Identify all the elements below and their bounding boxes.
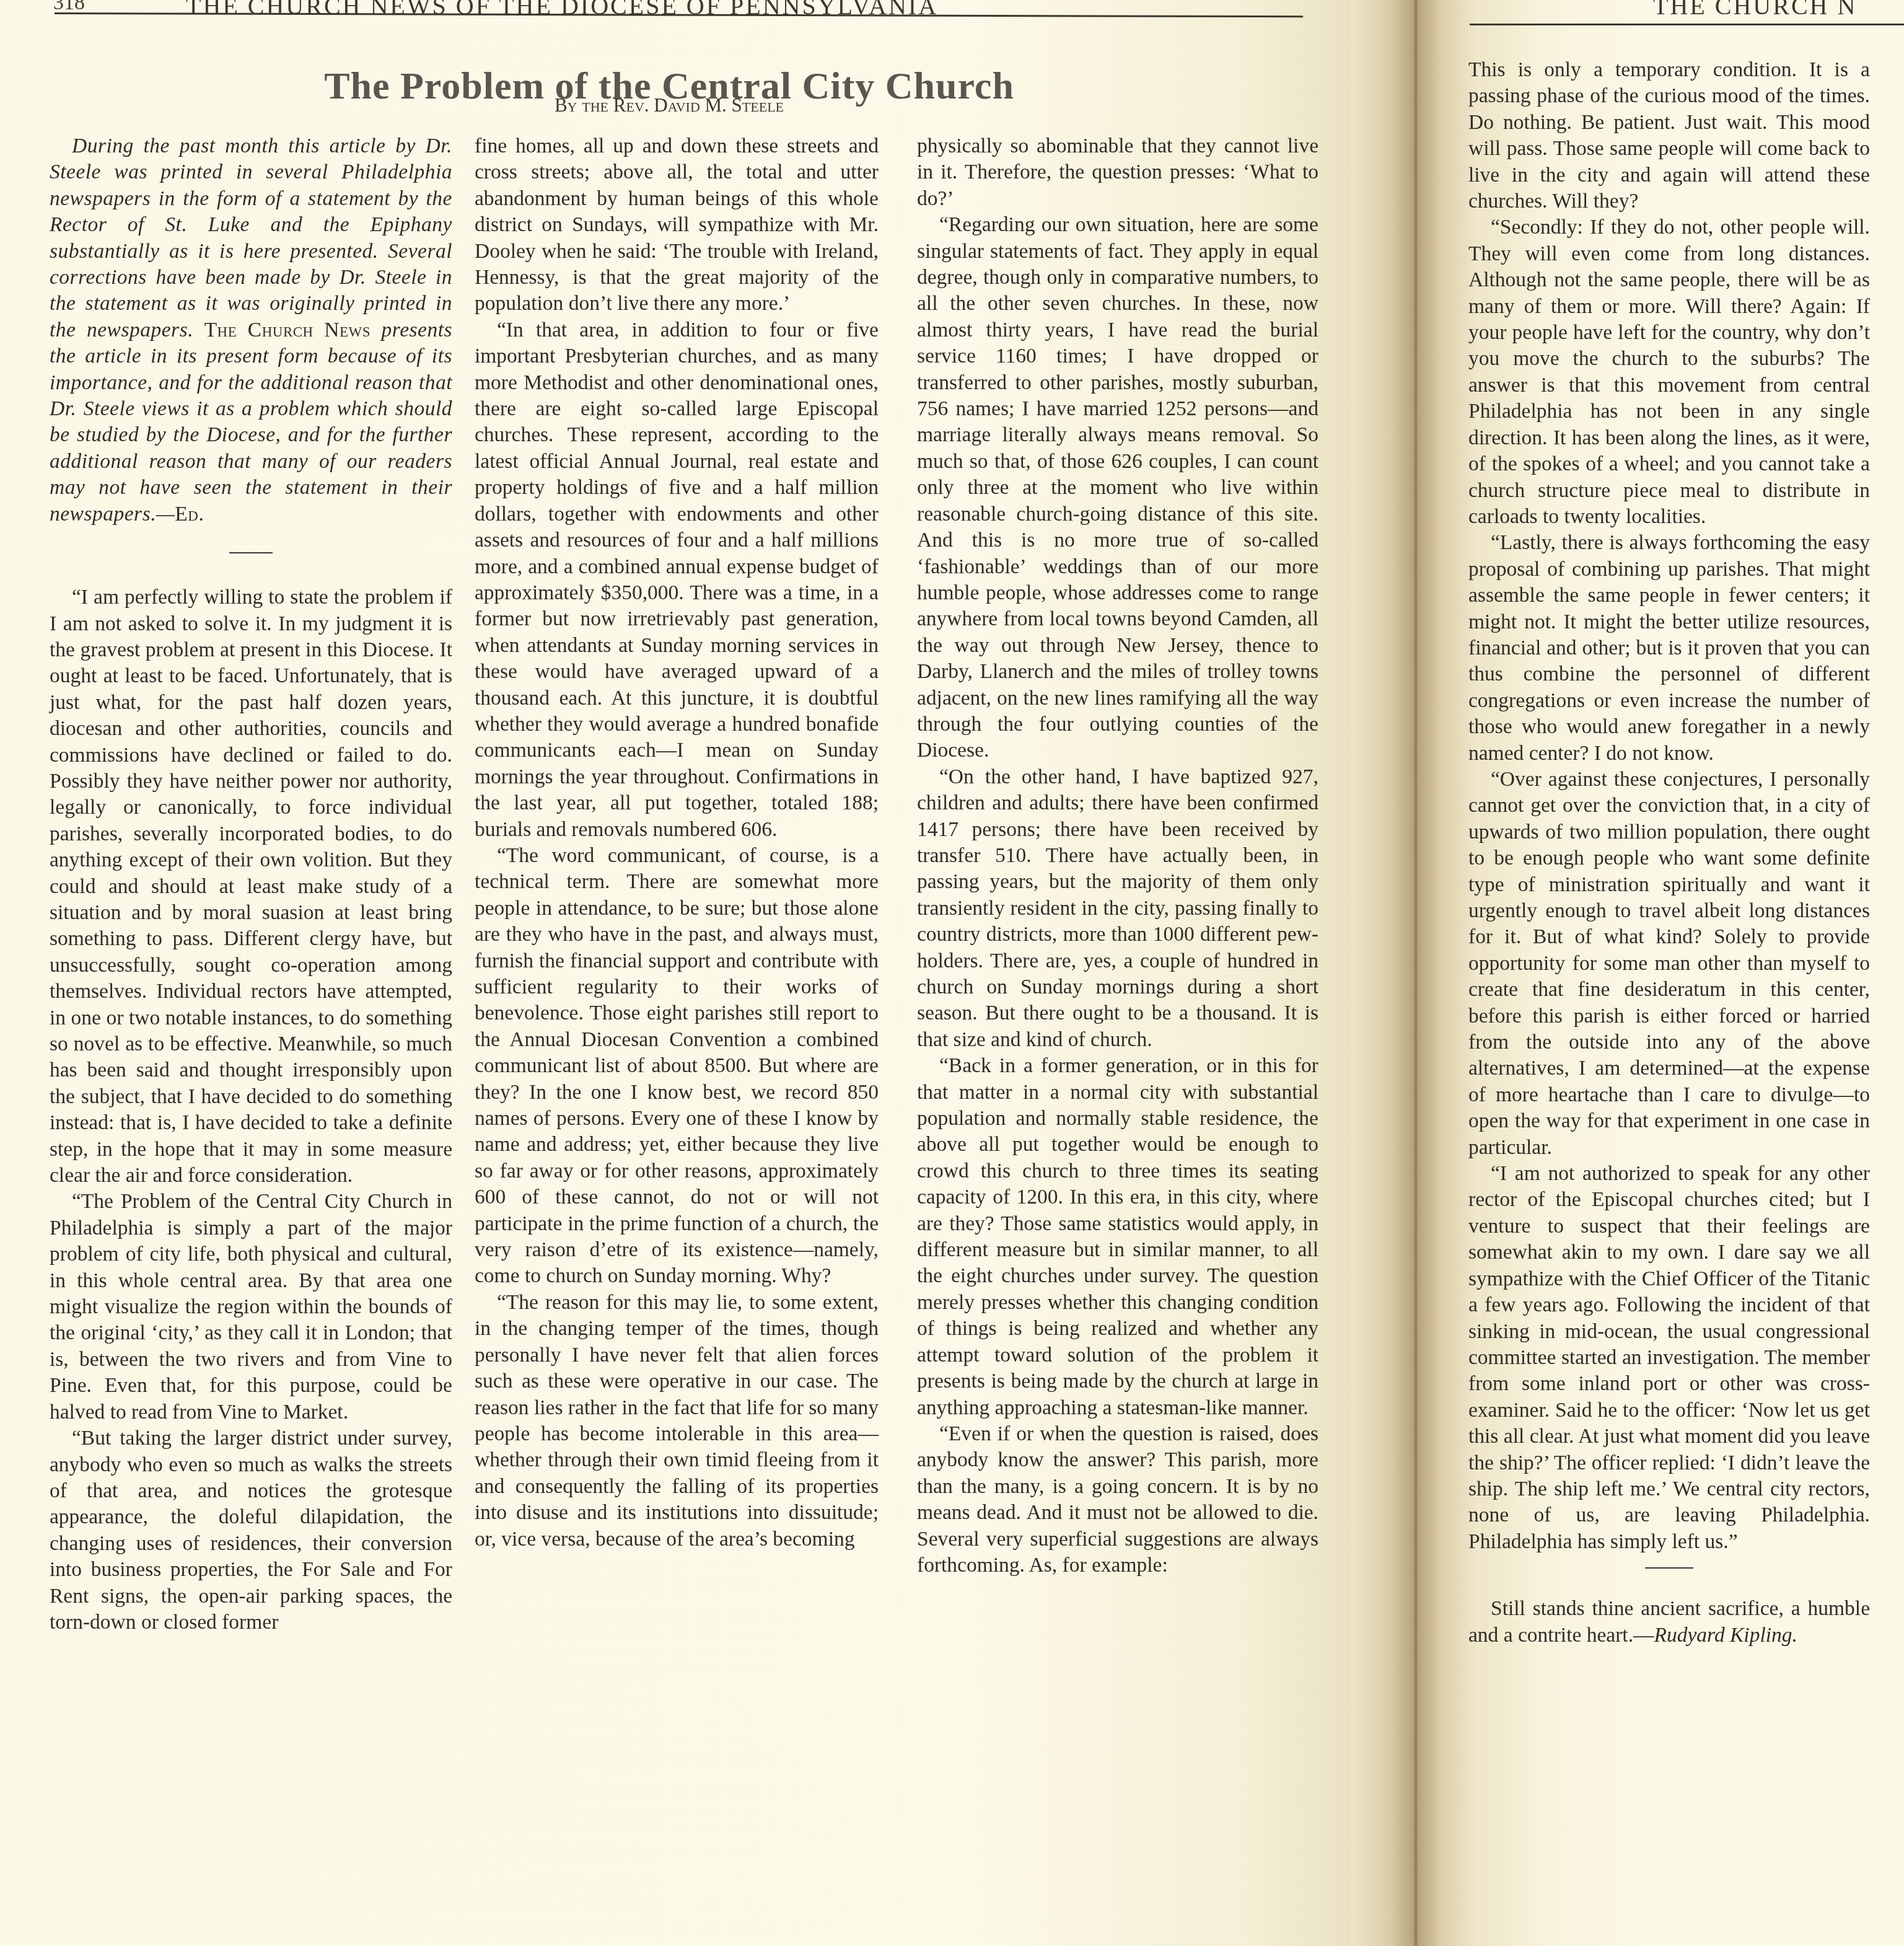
column-3: physically so abominable that they canno… (917, 133, 1318, 1578)
section-divider (1645, 1567, 1693, 1569)
paragraph: fine homes, all up and down these street… (475, 133, 879, 317)
paragraph: “In that area, in addition to four or fi… (475, 317, 879, 843)
column-2: fine homes, all up and down these street… (475, 133, 879, 1552)
masthead-name: The Church News (204, 319, 371, 341)
editor-signature: Ed. (175, 503, 204, 526)
epigraph-attribution: Rudyard Kipling. (1654, 1624, 1797, 1647)
paragraph: “Regarding our own situation, here are s… (917, 212, 1318, 764)
left-page: 318 THE CHURCH NEWS OF THE DIOCESE OF PE… (0, 0, 1388, 1946)
paragraph: “The word communicant, of course, is a t… (475, 843, 879, 1290)
header-rule-right (1470, 24, 1904, 25)
paragraph: “The Problem of the Central City Church … (50, 1189, 452, 1425)
column-4: This is only a temporary condition. It i… (1468, 57, 1870, 1649)
magazine-spread: 318 THE CHURCH NEWS OF THE DIOCESE OF PE… (0, 0, 1904, 1946)
section-divider (229, 552, 273, 553)
paragraph: This is only a temporary condition. It i… (1468, 57, 1870, 214)
paragraph: “Even if or when the question is raised,… (917, 1421, 1318, 1578)
paragraph: “I am perfectly willing to state the pro… (50, 584, 452, 1189)
epigraph: Still stands thine ancient sacrifice, a … (1468, 1596, 1870, 1649)
book-gutter (1351, 0, 1481, 1946)
paragraph: physically so abominable that they canno… (917, 133, 1318, 212)
paragraph: “But taking the larger district under su… (50, 1425, 452, 1636)
editor-note: During the past month this article by Dr… (50, 133, 452, 527)
paragraph: “Over against these conjectures, I perso… (1468, 767, 1870, 1161)
article-byline: By the Rev. David M. Steele (0, 94, 1338, 117)
column-1: During the past month this article by Dr… (50, 133, 452, 1636)
paragraph: “Back in a former generation, or in this… (917, 1053, 1318, 1421)
paragraph: “The reason for this may lie, to some ex… (475, 1290, 879, 1552)
paragraph: “Lastly, there is always forthcoming the… (1468, 530, 1870, 767)
paragraph: “I am not authorized to speak for any ot… (1468, 1161, 1870, 1555)
paragraph: “Secondly: If they do not, other people … (1468, 214, 1870, 530)
paragraph: “On the other hand, I have baptized 927,… (917, 764, 1318, 1053)
running-head-right: THE CHURCH N (1653, 0, 1857, 16)
